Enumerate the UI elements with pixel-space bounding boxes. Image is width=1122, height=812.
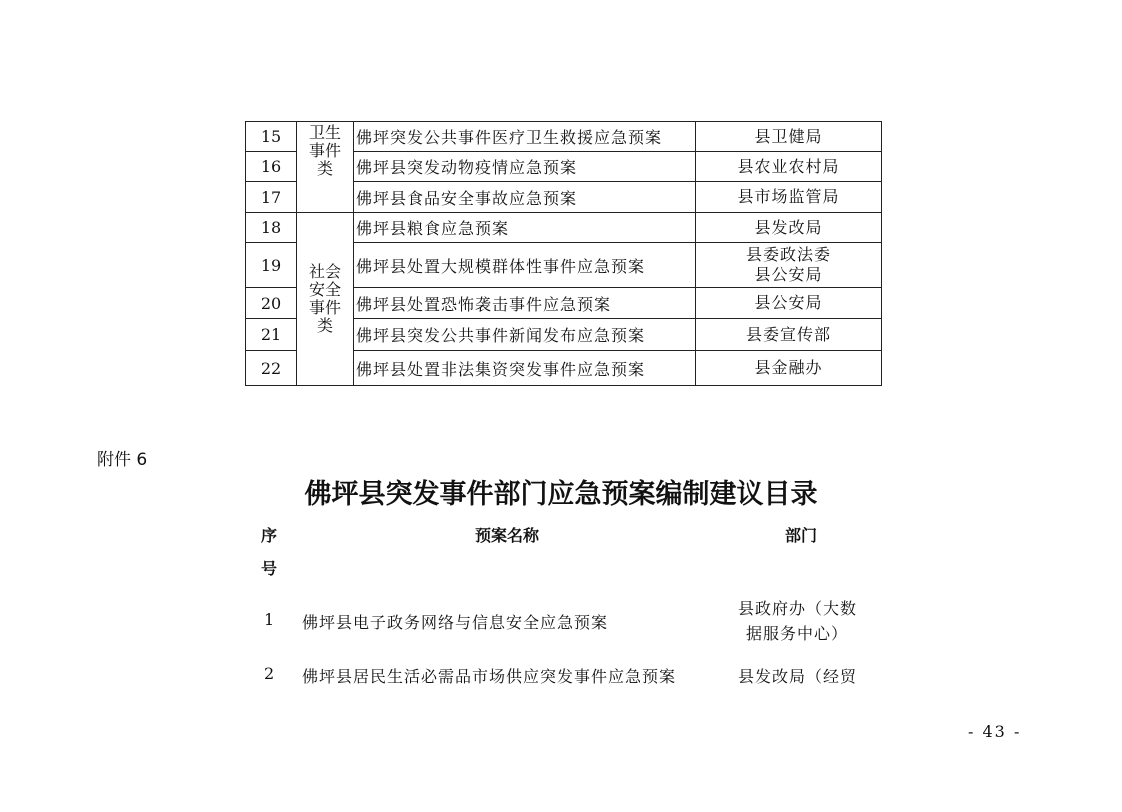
row-seq: 21 bbox=[246, 319, 297, 351]
table-row: 18 社会 安全 事件 类 佛坪县粮食应急预案 县发改局 bbox=[246, 213, 882, 243]
row-seq: 16 bbox=[246, 152, 297, 182]
category-line: 社会 bbox=[297, 263, 353, 281]
row-dept: 县金融办 bbox=[696, 351, 882, 386]
category-cell-social-security: 社会 安全 事件 类 bbox=[297, 213, 354, 386]
category-line: 事件 bbox=[297, 142, 353, 160]
header-seq-line2: 号 bbox=[261, 556, 277, 579]
row-dept: 县委宣传部 bbox=[696, 319, 882, 351]
row-plan-name: 佛坪突发公共事件医疗卫生救援应急预案 bbox=[354, 122, 696, 152]
row-dept: 县农业农村局 bbox=[696, 152, 882, 182]
annex-row-dept-line: 据服务中心） bbox=[746, 621, 848, 644]
category-line: 安全 bbox=[297, 281, 353, 299]
row-seq: 15 bbox=[246, 122, 297, 152]
category-line: 卫生 bbox=[297, 124, 353, 142]
header-dept: 部门 bbox=[785, 523, 817, 546]
category-line: 类 bbox=[297, 160, 353, 178]
category-cell-health: 卫生 事件 类 bbox=[297, 122, 354, 213]
row-dept: 县公安局 bbox=[696, 288, 882, 319]
row-seq: 20 bbox=[246, 288, 297, 319]
category-line: 事件 bbox=[297, 299, 353, 317]
row-dept: 县委政法委 县公安局 bbox=[696, 243, 882, 288]
table-row: 15 卫生 事件 类 佛坪突发公共事件医疗卫生救援应急预案 县卫健局 bbox=[246, 122, 882, 152]
annex-row-seq: 1 bbox=[264, 610, 275, 629]
emergency-plan-table-continued: 15 卫生 事件 类 佛坪突发公共事件医疗卫生救援应急预案 县卫健局 16 佛坪… bbox=[245, 121, 882, 386]
row-dept: 县发改局 bbox=[696, 213, 882, 243]
annex-row-plan-name: 佛坪县居民生活必需品市场供应突发事件应急预案 bbox=[302, 664, 676, 687]
category-line: 类 bbox=[297, 317, 353, 335]
annex-row-plan-name: 佛坪县电子政务网络与信息安全应急预案 bbox=[302, 610, 608, 633]
header-seq-line1: 序 bbox=[261, 523, 277, 546]
row-plan-name: 佛坪县食品安全事故应急预案 bbox=[354, 182, 696, 213]
annex-label: 附件 6 bbox=[97, 445, 147, 470]
dept-line: 县公安局 bbox=[696, 265, 881, 285]
document-title: 佛坪县突发事件部门应急预案编制建议目录 bbox=[0, 472, 1122, 511]
row-plan-name: 佛坪县处置恐怖袭击事件应急预案 bbox=[354, 288, 696, 319]
row-seq: 22 bbox=[246, 351, 297, 386]
annex-row-dept-line: 县发改局（经贸 bbox=[738, 664, 857, 687]
row-seq: 17 bbox=[246, 182, 297, 213]
row-plan-name: 佛坪县粮食应急预案 bbox=[354, 213, 696, 243]
page-number: - 43 - bbox=[968, 722, 1021, 741]
row-plan-name: 佛坪县突发公共事件新闻发布应急预案 bbox=[354, 319, 696, 351]
row-plan-name: 佛坪县处置大规模群体性事件应急预案 bbox=[354, 243, 696, 288]
annex-row-seq: 2 bbox=[264, 664, 275, 683]
row-seq: 18 bbox=[246, 213, 297, 243]
row-plan-name: 佛坪县突发动物疫情应急预案 bbox=[354, 152, 696, 182]
row-plan-name: 佛坪县处置非法集资突发事件应急预案 bbox=[354, 351, 696, 386]
annex-row-dept-line: 县政府办（大数 bbox=[738, 596, 857, 619]
header-plan-name: 预案名称 bbox=[475, 523, 539, 546]
row-dept: 县市场监管局 bbox=[696, 182, 882, 213]
row-seq: 19 bbox=[246, 243, 297, 288]
dept-line: 县委政法委 bbox=[696, 245, 881, 265]
document-title-text: 佛坪县突发事件部门应急预案编制建议目录 bbox=[305, 472, 818, 511]
row-dept: 县卫健局 bbox=[696, 122, 882, 152]
